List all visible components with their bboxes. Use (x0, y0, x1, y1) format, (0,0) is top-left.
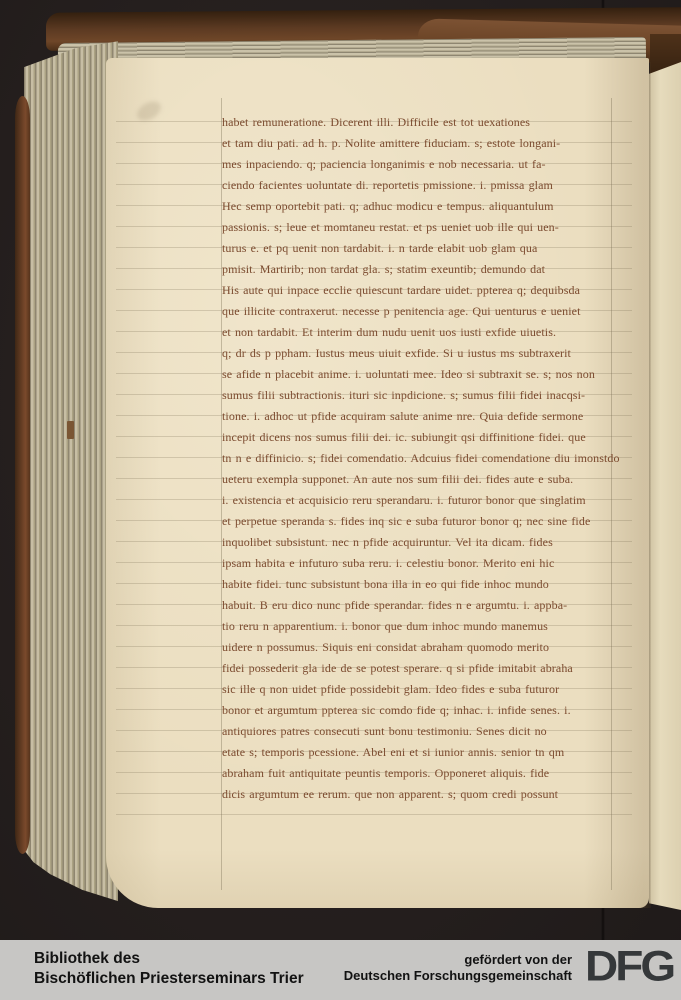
manuscript-line: tio reru n apparentium. i. bonor que dum… (222, 616, 622, 637)
manuscript-line: se afide n placebit anime. i. uoluntati … (222, 364, 622, 385)
page-edges-left-stack (24, 36, 118, 902)
manuscript-line: incepit dicens nos sumus filii dei. ic. … (222, 427, 622, 448)
manuscript-line: uidere n possumus. Siquis eni considat a… (222, 637, 622, 658)
manuscript-line: fidei possederit gla ide de se potest sp… (222, 658, 622, 679)
text-block: habet remuneratione. Dicerent illi. Diff… (222, 112, 622, 805)
library-credit-line2: Bischöflichen Priesterseminars Trier (34, 969, 304, 989)
funding-credit-line1: gefördert von der (344, 952, 572, 968)
manuscript-line: i. existencia et acquisicio reru sperand… (222, 490, 622, 511)
manuscript-line: ciendo facientes uoluntate di. reporteti… (222, 175, 622, 196)
photo-background: habet remuneratione. Dicerent illi. Diff… (0, 0, 681, 1000)
manuscript-line: etate s; temporis pcessione. Abel eni et… (222, 742, 622, 763)
manuscript-line: ipsam habita e infuturo suba reru. i. ce… (222, 553, 622, 574)
manuscript-line: et perpetue speranda s. fides inq sic e … (222, 511, 622, 532)
manuscript-line: ueteru exempla supponet. An aute nos sum… (222, 469, 622, 490)
manuscript-line: sic ille q non uidet pfide possidebit gl… (222, 679, 622, 700)
manuscript-line: que illicite contraxerut. necesse p peni… (222, 301, 622, 322)
manuscript-line: His aute qui inpace ecclie quiescunt tar… (222, 280, 622, 301)
manuscript-line: tione. i. adhoc ut pfide acquiram salute… (222, 406, 622, 427)
library-credit-line1: Bibliothek des (34, 949, 304, 969)
manuscript-line: abraham fuit antiquitate peuntis tempori… (222, 763, 622, 784)
manuscript-line: passionis. s; leue et momtaneu restat. e… (222, 217, 622, 238)
manuscript-line: pmisit. Martirib; non tardat gla. s; sta… (222, 259, 622, 280)
leather-spine-left (15, 96, 30, 854)
manuscript-line: mes inpaciendo. q; paciencia longanimis … (222, 154, 622, 175)
funding-credit: gefördert von der Deutschen Forschungsge… (344, 952, 572, 984)
leaf-fragment-tab (67, 421, 74, 439)
manuscript-line-with-margin-word: tn n e diffinicio. s; fidei comendatio. … (222, 448, 622, 469)
manuscript-line: turus e. et pq uenit non tardabit. i. n … (222, 238, 622, 259)
manuscript-line: sumus filii subtractionis. ituri sic inp… (222, 385, 622, 406)
manuscript-line: inquolibet subsistunt. nec n pfide acqui… (222, 532, 622, 553)
manuscript-line: dicis argumtum ee rerum. que non apparen… (222, 784, 622, 805)
facing-page-strip (649, 62, 681, 910)
manuscript-line: et non tardabit. Et interim dum nudu uen… (222, 322, 622, 343)
manuscript-line: bonor et argumtum ppterea sic comdo fide… (222, 700, 622, 721)
credit-bar: Bibliothek des Bischöflichen Priestersem… (0, 940, 681, 1000)
manuscript-line: Hec semp oportebit pati. q; adhuc modicu… (222, 196, 622, 217)
manuscript-line: antiquiores patres consecuti sunt bonu t… (222, 721, 622, 742)
manuscript-line: q; dr ds p ppham. Iustus meus uiuit exfi… (222, 343, 622, 364)
library-credit: Bibliothek des Bischöflichen Priestersem… (34, 949, 304, 989)
funding-credit-line2: Deutschen Forschungsgemeinschaft (344, 968, 572, 984)
manuscript-line: et tam diu pati. ad h. p. Nolite amitter… (222, 133, 622, 154)
manuscript-line: habuit. B eru dico nunc pfide sperandar.… (222, 595, 622, 616)
manuscript-page: habet remuneratione. Dicerent illi. Diff… (106, 58, 649, 908)
manuscript-line: habite fidei. tunc subsistunt bona illa … (222, 574, 622, 595)
manuscript-line: habet remuneratione. Dicerent illi. Diff… (222, 112, 622, 133)
dfg-logo: DFG (585, 941, 673, 991)
